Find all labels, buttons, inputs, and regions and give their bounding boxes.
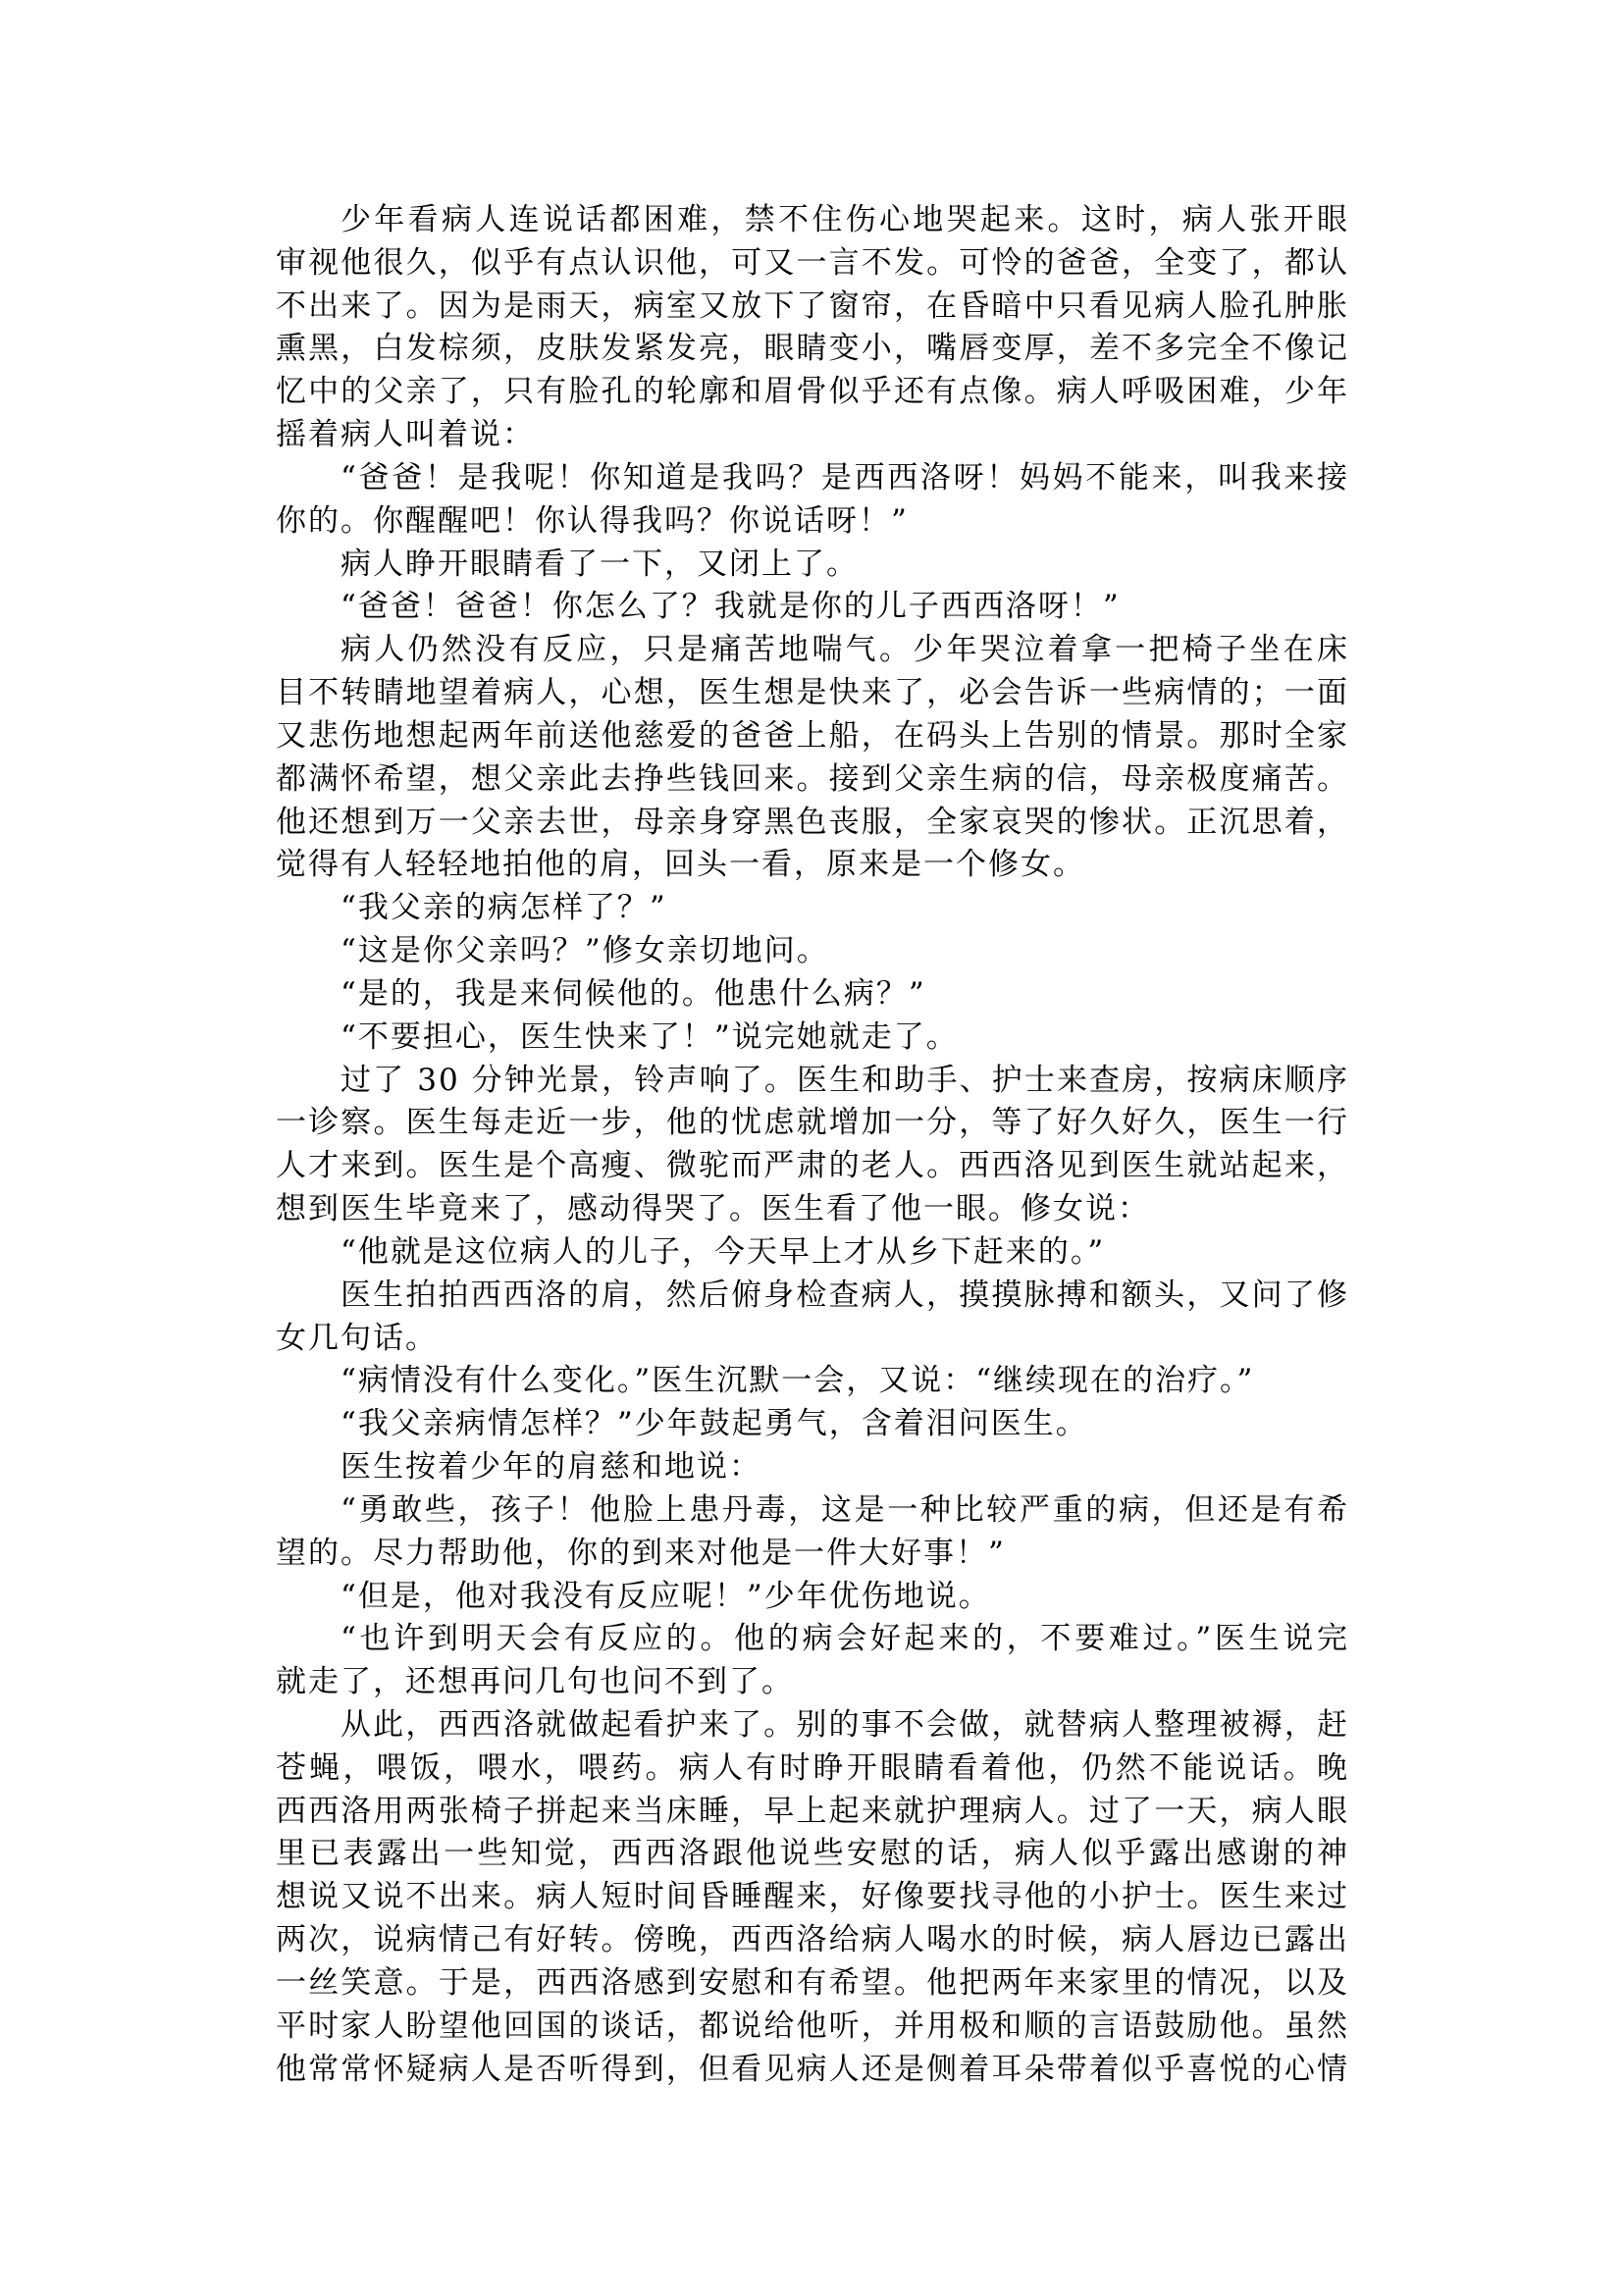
text-line: 从此，西西洛就做起看护来了。别的事不会做，就替病人整理被褥，赶 (276, 1704, 1349, 1747)
dialogue-line: 望的。尽力帮助他，你的到来对他是一件大好事！” (276, 1533, 1349, 1576)
text-line: 病人仍然没有反应，只是痛苦地喘气。少年哭泣着拿一把椅子坐在床前， (276, 629, 1349, 672)
text-line: 医生按着少年的肩慈和地说： (276, 1446, 1349, 1489)
text-line: 摇着病人叫着说： (276, 414, 1349, 457)
dialogue-line: “但是，他对我没有反应呢！”少年优伤地说。 (276, 1576, 1349, 1619)
dialogue-line: “也许到明天会有反应的。他的病会好起来的，不要难过。”医生说完 (276, 1618, 1349, 1661)
dialogue-line: 你的。你醒醒吧！你认得我吗？你说话呀！” (276, 500, 1349, 544)
text-line: 熏黑，白发棕须，皮肤发紧发亮，眼睛变小，嘴唇变厚，差不多完全不像记 (276, 328, 1349, 371)
dialogue-line: “他就是这位病人的儿子，今天早上才从乡下赶来的。” (276, 1231, 1349, 1275)
text-line: 想说又说不出来。病人短时间昏睡醒来，好像要找寻他的小护士。医生来过 (276, 1876, 1349, 1919)
dialogue-line: “这是你父亲吗？”修女亲切地问。 (276, 930, 1349, 973)
text-line: 不出来了。因为是雨天，病室又放下了窗帘，在昏暗中只看见病人脸孔肿胀 (276, 286, 1349, 329)
text-line: 觉得有人轻轻地拍他的肩，回头一看，原来是一个修女。 (276, 844, 1349, 887)
dialogue-line: “是的，我是来伺候他的。他患什么病？” (276, 973, 1349, 1017)
text-line: 又悲伤地想起两年前送他慈爱的爸爸上船，在码头上告别的情景。那时全家 (276, 715, 1349, 758)
text-line: 一丝笑意。于是，西西洛感到安慰和有希望。他把两年来家里的情况，以及 (276, 1962, 1349, 2006)
text-line: 西西洛用两张椅子拼起来当床睡，早上起来就护理病人。过了一天，病人眼 (276, 1791, 1349, 1834)
text-line: 他常常怀疑病人是否听得到，但看见病人还是侧着耳朵带着似乎喜悦的心情 (276, 2049, 1349, 2092)
text-line: 女几句话。 (276, 1318, 1349, 1361)
text-line: 人才来到。医生是个高瘦、微驼而严肃的老人。西西洛见到医生就站起来， (276, 1145, 1349, 1188)
text-line: 病人睁开眼睛看了一下，又闭上了。 (276, 544, 1349, 587)
dialogue-line: “我父亲病情怎样？”少年鼓起勇气，含着泪问医生。 (276, 1403, 1349, 1446)
text-line: 一诊察。医生每走近一步，他的忧虑就增加一分，等了好久好久，医生一行 (276, 1102, 1349, 1145)
text-line: 过了 30 分钟光景，铃声响了。医生和助手、护士来查房，按病床顺序逐 (276, 1060, 1349, 1103)
dialogue-line: “我父亲的病怎样了？” (276, 887, 1349, 930)
text-line: 目不转睛地望着病人，心想，医生想是快来了，必会告诉一些病情的；一面 (276, 672, 1349, 715)
dialogue-line: “爸爸！爸爸！你怎么了？我就是你的儿子西西洛呀！” (276, 586, 1349, 629)
text-line: 想到医生毕竟来了，感动得哭了。医生看了他一眼。修女说： (276, 1188, 1349, 1231)
dialogue-line: “病情没有什么变化。”医生沉默一会，又说：“继续现在的治疗。” (276, 1360, 1349, 1403)
story-text: 少年看病人连说话都困难，禁不住伤心地哭起来。这时，病人张开眼睛， 审视他很久，似… (276, 199, 1349, 2091)
text-line: 苍蝇，喂饭，喂水，喂药。病人有时睁开眼睛看着他，仍然不能说话。晚上， (276, 1747, 1349, 1791)
dialogue-line: “爸爸！是我呢！你知道是我吗？是西西洛呀！妈妈不能来，叫我来接 (276, 457, 1349, 500)
dialogue-line: “不要担心，医生快来了！”说完她就走了。 (276, 1017, 1349, 1060)
dialogue-line: “勇敢些，孩子！他脸上患丹毒，这是一种比较严重的病，但还是有希 (276, 1489, 1349, 1533)
text-line: 医生拍拍西西洛的肩，然后俯身检查病人，摸摸脉搏和额头，又问了修 (276, 1275, 1349, 1318)
text-line: 平时家人盼望他回国的谈话，都说给他听，并用极和顺的言语鼓励他。虽然 (276, 2006, 1349, 2049)
text-line: 里已表露出一些知觉，西西洛跟他说些安慰的话，病人似乎露出感谢的神色， (276, 1833, 1349, 1876)
document-page: 少年看病人连说话都困难，禁不住伤心地哭起来。这时，病人张开眼睛， 审视他很久，似… (0, 0, 1624, 2294)
text-line: 他还想到万一父亲去世，母亲身穿黑色丧服，全家哀哭的惨状。正沉思着， (276, 802, 1349, 845)
text-line: 忆中的父亲了，只有脸孔的轮廓和眉骨似乎还有点像。病人呼吸困难，少年 (276, 371, 1349, 414)
text-line: 少年看病人连说话都困难，禁不住伤心地哭起来。这时，病人张开眼睛， (276, 199, 1349, 242)
text-line: 审视他很久，似乎有点认识他，可又一言不发。可怜的爸爸，全变了，都认 (276, 242, 1349, 286)
text-line: 都满怀希望，想父亲此去挣些钱回来。接到父亲生病的信，母亲极度痛苦。 (276, 758, 1349, 802)
dialogue-line: 就走了，还想再问几句也问不到了。 (276, 1661, 1349, 1704)
text-line: 两次，说病情己有好转。傍晚，西西洛给病人喝水的时候，病人唇边已露出 (276, 1919, 1349, 1962)
